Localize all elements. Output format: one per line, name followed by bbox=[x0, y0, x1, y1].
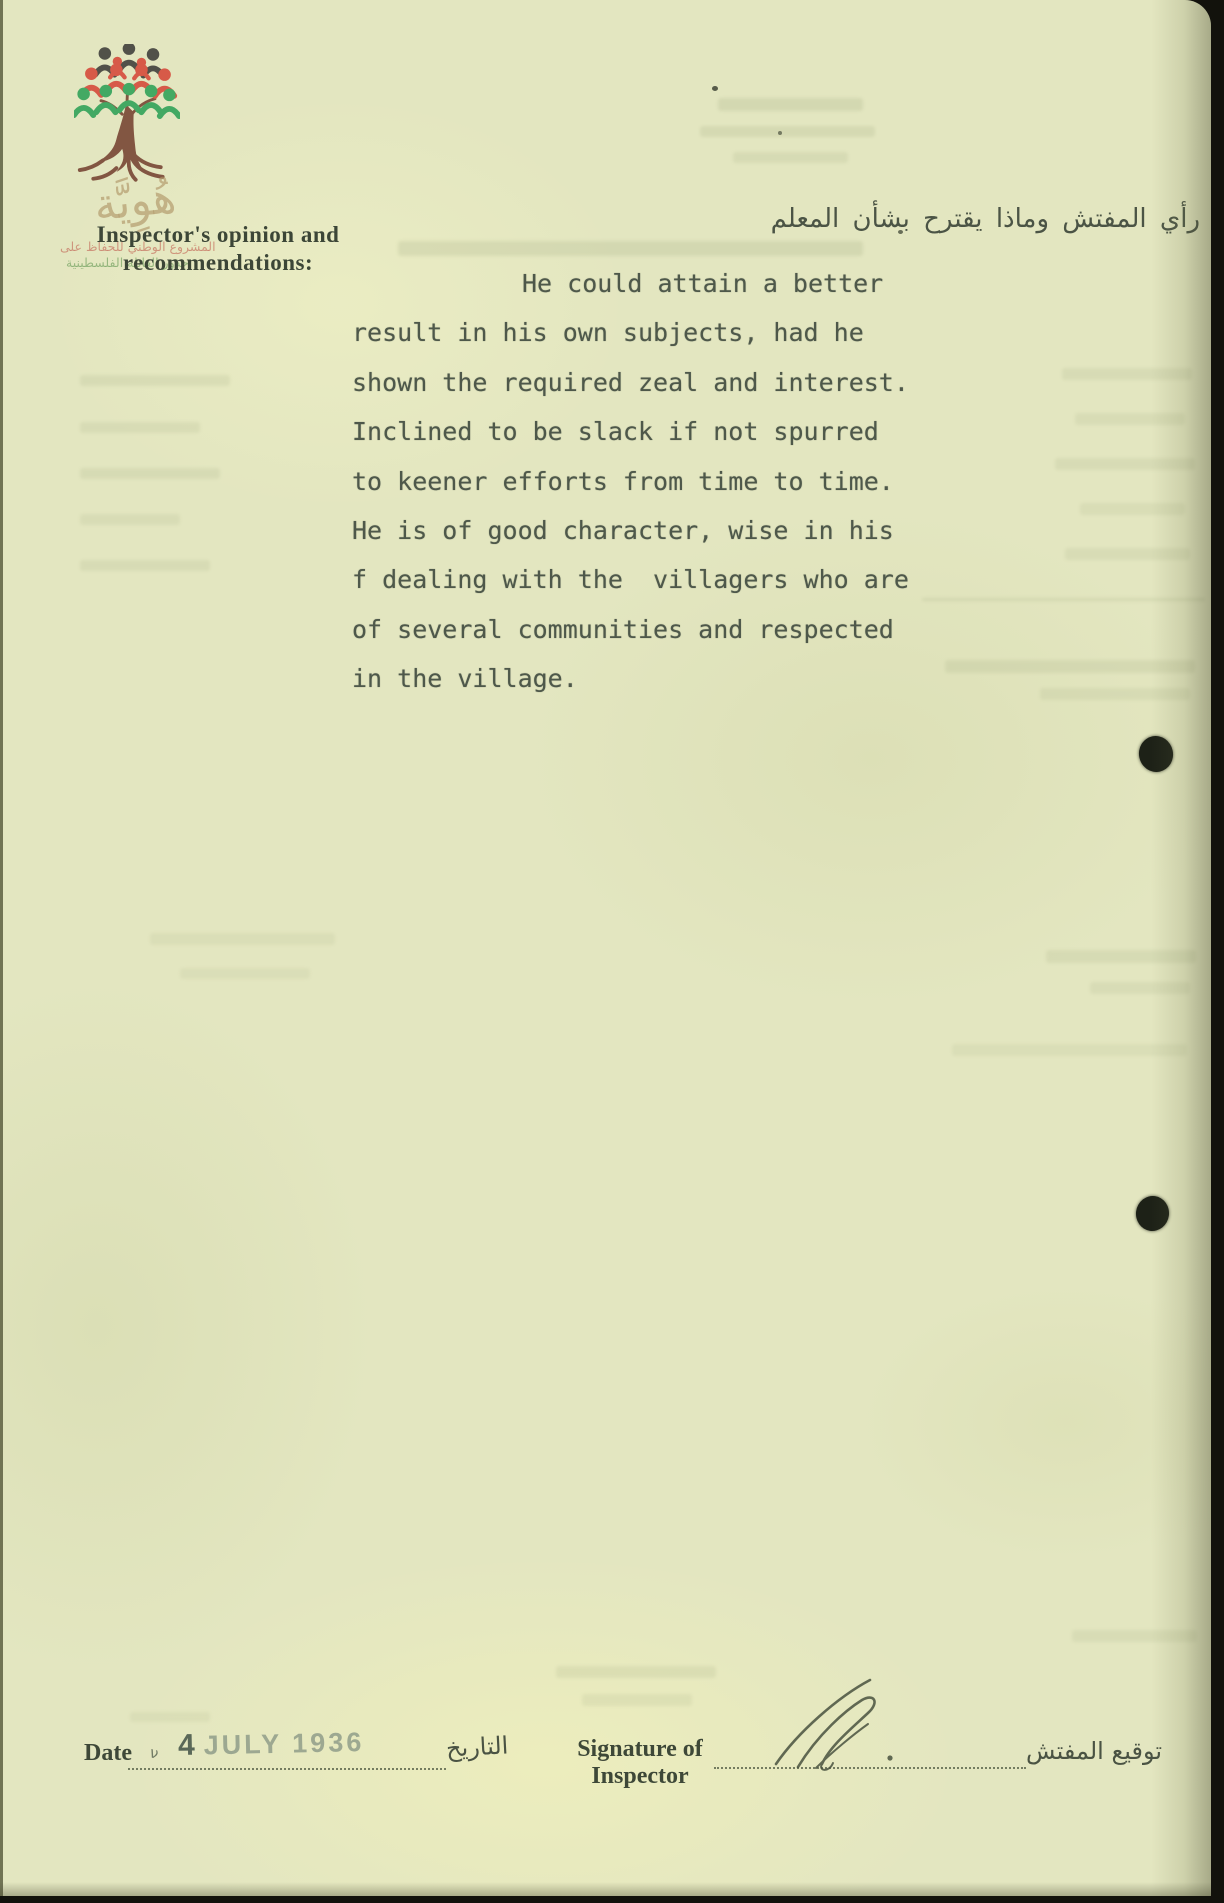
typewritten-report-text: He could attain a better result in his o… bbox=[352, 259, 932, 704]
bleed-through-mark bbox=[80, 468, 220, 479]
date-label-arabic: التاريخ bbox=[445, 1731, 509, 1762]
bleed-through-mark bbox=[80, 375, 230, 386]
date-fill-line bbox=[128, 1768, 446, 1770]
bleed-through-mark bbox=[130, 1712, 210, 1722]
signature-label: Signature of Inspector bbox=[560, 1736, 720, 1790]
ink-speck bbox=[898, 230, 903, 234]
bleed-through-mark bbox=[80, 422, 200, 433]
typed-line: of several communities and respected bbox=[352, 605, 932, 654]
signature-label-arabic: توقيع المفتش bbox=[1026, 1737, 1162, 1765]
tree-of-people-logo-icon bbox=[74, 44, 180, 194]
typed-line: He is of good character, wise in his bbox=[352, 506, 932, 555]
stamp-day: 4 bbox=[178, 1729, 198, 1762]
bleed-through-mark bbox=[180, 968, 310, 979]
typed-line: result in his own subjects, had he bbox=[352, 308, 932, 357]
pen-mark: ν bbox=[148, 1743, 160, 1762]
bleed-through-mark bbox=[700, 126, 875, 137]
date-label: Date bbox=[84, 1740, 132, 1767]
document-page: هُوِيَّة المشروع الوطني للحفاظ على جذور … bbox=[0, 0, 1211, 1896]
inspector-opinion-heading-arabic: رأي المفتش وماذا يقترح بشأن المعلم bbox=[690, 204, 1200, 234]
date-stamp: 4JULY 1936 bbox=[178, 1725, 365, 1763]
scanned-document: هُوِيَّة المشروع الوطني للحفاظ على جذور … bbox=[0, 0, 1224, 1903]
bleed-through-mark bbox=[582, 1694, 692, 1706]
bleed-through-mark bbox=[733, 152, 848, 163]
signature-label-line2: Inspector bbox=[560, 1763, 720, 1790]
bleed-through-mark bbox=[718, 98, 863, 111]
bleed-through-mark bbox=[80, 560, 210, 571]
page-edge-strip-left bbox=[0, 0, 3, 1896]
ink-speck bbox=[778, 131, 782, 135]
bleed-through-mark bbox=[80, 514, 180, 525]
bleed-through-mark bbox=[150, 933, 335, 945]
page-edge-shadow-right bbox=[1151, 0, 1211, 1896]
typed-line: He could attain a better bbox=[352, 259, 932, 308]
heading-line1: Inspector's opinion and bbox=[74, 221, 362, 249]
typed-line: in the village. bbox=[352, 654, 932, 703]
stamp-month-year: JULY 1936 bbox=[203, 1727, 364, 1760]
ink-speck bbox=[712, 86, 718, 91]
page-edge-shadow-bottom bbox=[0, 1882, 1211, 1896]
typed-line: Inclined to be slack if not spurred bbox=[352, 407, 932, 456]
heading-line2: recommendations: bbox=[74, 249, 362, 277]
bleed-through-mark bbox=[398, 241, 863, 256]
typed-line: f dealing with the villagers who are bbox=[352, 555, 932, 604]
signature-label-line1: Signature of bbox=[560, 1736, 720, 1763]
inspector-signature-handwriting bbox=[758, 1672, 908, 1772]
inspector-opinion-heading: Inspector's opinion and recommendations: bbox=[74, 221, 362, 277]
typed-line: shown the required zeal and interest. bbox=[352, 358, 932, 407]
bleed-through-mark bbox=[556, 1666, 716, 1678]
typed-line: to keener efforts from time to time. bbox=[352, 457, 932, 506]
